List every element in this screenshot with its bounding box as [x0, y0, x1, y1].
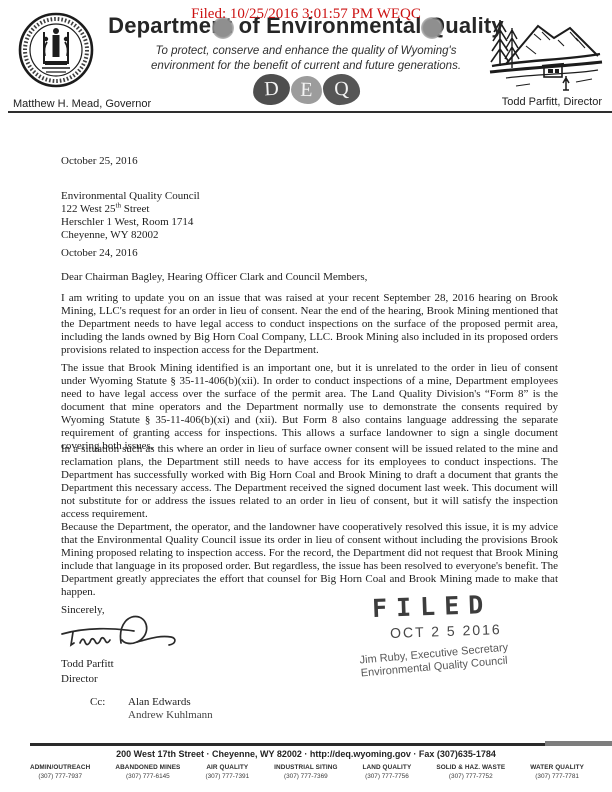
cc-name: Alan Edwards — [128, 696, 213, 709]
cc-names: Alan Edwards Andrew Kuhlmann — [128, 696, 213, 722]
recipient-line: Herschler 1 West, Room 1714 — [61, 216, 200, 229]
cc-name: Andrew Kuhlmann — [128, 709, 213, 722]
recipient-line: Environmental Quality Council — [61, 190, 200, 203]
scanned-letter-page: Filed: 10/25/2016 3:01:57 PM WEQC Depart… — [0, 0, 612, 792]
recipient-line: 122 West 25th Street — [61, 203, 200, 216]
efiling-banner: Filed: 10/25/2016 3:01:57 PM WEQC — [0, 6, 612, 23]
cc-label: Cc: — [90, 696, 105, 709]
paragraph-3: In a situation such as this where an ord… — [61, 443, 558, 521]
dept-industrial-siting: INDUSTRIAL SITING (307) 777-7369 — [274, 764, 337, 780]
recipient-line: Cheyenne, WY 82002 — [61, 229, 200, 242]
letter-date: October 25, 2016 — [61, 155, 138, 168]
footer-departments: ADMIN/OUTREACH (307) 777-7937 ABANDONED … — [30, 764, 584, 780]
deq-logo-letter-q: Q — [322, 73, 360, 105]
recipient-address: Environmental Quality Council 122 West 2… — [61, 190, 200, 242]
filed-stamp: FILED — [372, 590, 493, 623]
footer-divider-end — [545, 741, 612, 746]
deq-logo: D E Q — [0, 74, 612, 105]
deq-logo-letter-d: D — [252, 73, 291, 106]
filed-stamp-signatory: Jim Ruby, Executive Secretary Environmen… — [359, 642, 511, 681]
deq-logo-letter-e: E — [290, 75, 322, 104]
filed-stamp-date: OCT 2 5 2016 — [390, 621, 502, 641]
dept-admin-outreach: ADMIN/OUTREACH (307) 777-7937 — [30, 764, 90, 780]
footer-divider — [30, 743, 612, 746]
dept-water-quality: WATER QUALITY (307) 777-7781 — [530, 764, 584, 780]
paragraph-1: I am writing to update you on an issue t… — [61, 292, 558, 357]
salutation: Dear Chairman Bagley, Hearing Officer Cl… — [61, 271, 367, 284]
dept-solid-haz-waste: SOLID & HAZ. WASTE (307) 777-7752 — [436, 764, 505, 780]
letter-date-second: October 24, 2016 — [61, 247, 138, 260]
paragraph-2: The issue that Brook Mining identified i… — [61, 362, 558, 453]
paragraph-4: Because the Department, the operator, an… — [61, 521, 558, 599]
dept-land-quality: LAND QUALITY (307) 777-7756 — [363, 764, 412, 780]
dept-air-quality: AIR QUALITY (307) 777-7391 — [205, 764, 249, 780]
signer-name: Todd Parfitt — [61, 658, 114, 671]
signature — [58, 612, 190, 663]
header-divider — [8, 111, 612, 113]
footer-address: 200 West 17th Street · Cheyenne, WY 8200… — [0, 749, 612, 759]
signer-title: Director — [61, 673, 114, 686]
dept-abandoned-mines: ABANDONED MINES (307) 777-6145 — [115, 764, 180, 780]
signer-block: Todd Parfitt Director — [61, 658, 114, 686]
